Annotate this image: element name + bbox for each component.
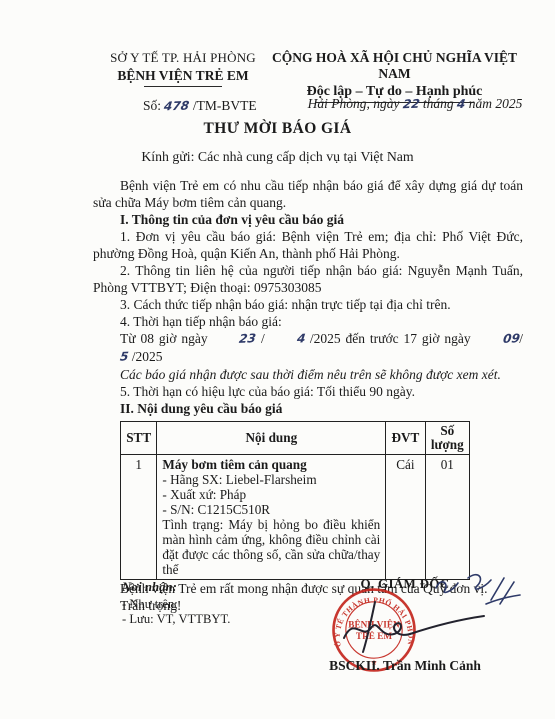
date-prefix: Hải Phòng, ngày bbox=[308, 96, 400, 111]
item-title: Máy bơm tiêm cản quang bbox=[162, 457, 380, 472]
issuer-name: BỆNH VIỆN TRẺ EM bbox=[88, 68, 278, 84]
deadline-to-day-handwritten: 09 bbox=[474, 330, 520, 349]
deadline-sep1: / bbox=[256, 331, 270, 346]
deadline-line: Từ 08 giờ ngày 23 / 4 /2025 đến trước 17… bbox=[93, 330, 523, 366]
issuer-block: SỞ Y TẾ TP. HẢI PHÒNG BỆNH VIỆN TRẺ EM bbox=[88, 50, 278, 87]
item-condition: Tình trạng: Máy bị hỏng bo điều khiển mà… bbox=[162, 517, 380, 577]
table-row: 1 Máy bơm tiêm cản quang - Hãng SX: Lieb… bbox=[121, 455, 470, 580]
date-month-handwritten: 4 bbox=[456, 97, 466, 111]
section1-item5: 5. Thời hạn có hiệu lực của báo giá: Tối… bbox=[93, 383, 523, 400]
handwritten-note-icon bbox=[428, 566, 528, 618]
section1-item2: 2. Thông tin liên hệ của người tiếp nhận… bbox=[93, 262, 523, 296]
deadline-from-day-handwritten: 23 bbox=[211, 330, 257, 349]
document-page: SỞ Y TẾ TP. HẢI PHÒNG BỆNH VIỆN TRẺ EM C… bbox=[0, 0, 555, 719]
row-qty: 01 bbox=[425, 455, 469, 580]
item-manufacturer: - Hãng SX: Liebel-Flarsheim bbox=[162, 472, 380, 487]
number-suffix: /TM-BVTE bbox=[193, 98, 257, 113]
salutation: Kính gửi: Các nhà cung cấp dịch vụ tại V… bbox=[0, 149, 555, 165]
deadline-to-month-handwritten: 5 bbox=[92, 348, 130, 366]
date-mid: tháng bbox=[423, 96, 454, 111]
section1-heading: I. Thông tin của đơn vị yêu cầu báo giá bbox=[93, 211, 523, 228]
recipients-heading: Nơi nhận: bbox=[122, 580, 230, 595]
deadline-from-text: Từ 08 giờ ngày bbox=[120, 331, 212, 346]
place-date: Hải Phòng, ngày 22 tháng 4 năm 2025 bbox=[300, 96, 530, 112]
date-day-handwritten: 22 bbox=[402, 97, 421, 112]
quotation-table: STT Nội dung ĐVT Số lượng 1 Máy bơm tiêm… bbox=[120, 421, 470, 580]
item-origin: - Xuất xứ: Pháp bbox=[162, 487, 380, 502]
date-suffix: năm 2025 bbox=[469, 96, 523, 111]
col-header-stt: STT bbox=[121, 422, 157, 455]
table-header-row: STT Nội dung ĐVT Số lượng bbox=[121, 422, 470, 455]
deadline-mid-text: /2025 đến trước 17 giờ ngày bbox=[305, 331, 475, 346]
deadline-end-text: /2025 bbox=[128, 349, 162, 364]
intro-paragraph: Bệnh viện Trẻ em có nhu cầu tiếp nhận bá… bbox=[93, 177, 523, 211]
country-title: CỘNG HOÀ XÃ HỘI CHỦ NGHĨA VIỆT NAM bbox=[262, 50, 527, 82]
number-handwritten: 478 bbox=[163, 99, 190, 114]
deadline-from-month-handwritten: 4 bbox=[269, 330, 307, 348]
row-stt: 1 bbox=[121, 455, 157, 580]
recipients-block: Nơi nhận: - Như trên; - Lưu: VT, VTTBYT. bbox=[122, 580, 230, 627]
document-number: Số: 478 /TM-BVTE bbox=[143, 98, 257, 114]
document-body: Bệnh viện Trẻ em có nhu cầu tiếp nhận bá… bbox=[93, 177, 523, 614]
row-content: Máy bơm tiêm cản quang - Hãng SX: Liebel… bbox=[157, 455, 386, 580]
deadline-note: Các báo giá nhận được sau thời điểm nêu … bbox=[93, 366, 523, 383]
recipients-item2: - Lưu: VT, VTTBYT. bbox=[122, 612, 230, 627]
issuer-underline bbox=[144, 86, 222, 87]
section1-item1: 1. Đơn vị yêu cầu báo giá: Bệnh viện Trẻ… bbox=[93, 228, 523, 262]
item-serial: - S/N: C1215C510R bbox=[162, 502, 380, 517]
section1-item4: 4. Thời hạn tiếp nhận báo giá: bbox=[93, 313, 523, 330]
section2-heading: II. Nội dung yêu cầu báo giá bbox=[93, 400, 523, 417]
number-label: Số: bbox=[143, 98, 161, 113]
col-header-noidung: Nội dung bbox=[157, 422, 386, 455]
col-header-dvt: ĐVT bbox=[386, 422, 425, 455]
issuer-parent: SỞ Y TẾ TP. HẢI PHÒNG bbox=[88, 50, 278, 66]
col-header-soluong: Số lượng bbox=[425, 422, 469, 455]
signer-name: BSCKII. Trần Minh Cảnh bbox=[325, 658, 485, 674]
document-title: THƯ MỜI BÁO GIÁ bbox=[0, 120, 555, 138]
row-dvt: Cái bbox=[386, 455, 425, 580]
recipients-item1: - Như trên; bbox=[122, 597, 230, 612]
section1-item3: 3. Cách thức tiếp nhận báo giá: nhận trự… bbox=[93, 296, 523, 313]
